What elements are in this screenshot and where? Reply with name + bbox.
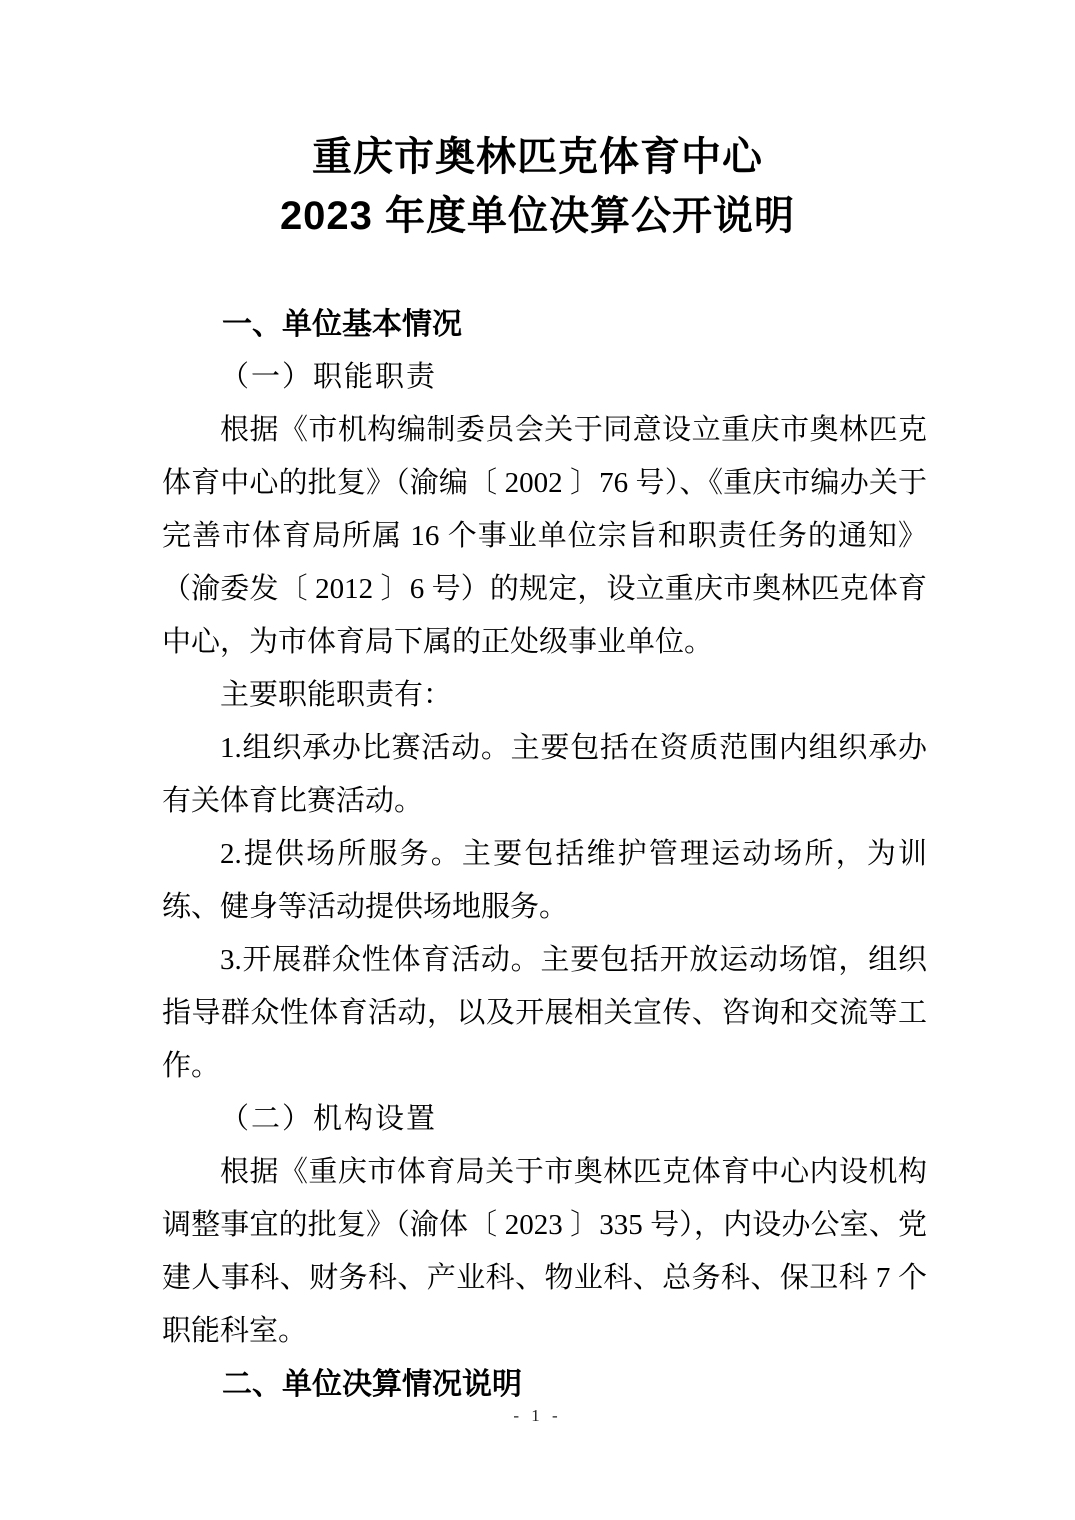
section-2-heading: 二、单位决算情况说明 (162, 1358, 927, 1411)
paragraph-duty-1: 1.组织承办比赛活动。主要包括在资质范围内组织承办有关体育比赛活动。 (162, 722, 927, 828)
paragraph-duty-2: 2.提供场所服务。主要包括维护管理运动场所，为训练、健身等活动提供场地服务。 (162, 828, 927, 934)
section-1-heading: 一、单位基本情况 (162, 298, 927, 351)
subsection-1-1-heading: （一）职能职责 (162, 351, 927, 404)
paragraph-establishment-basis: 根据《市机构编制委员会关于同意设立重庆市奥林匹克体育中心的批复》（渝编〔 200… (162, 404, 927, 669)
document-title: 重庆市奥林匹克体育中心 2023 年度单位决算公开说明 (0, 0, 1075, 246)
document-title-line1: 重庆市奥林匹克体育中心 (0, 128, 1075, 187)
document-title-line2: 2023 年度单位决算公开说明 (0, 187, 1075, 246)
paragraph-org-structure: 根据《重庆市体育局关于市奥林匹克体育中心内设机构调整事宜的批复》（渝体〔 202… (162, 1146, 927, 1358)
paragraph-duties-intro: 主要职能职责有： (162, 669, 927, 722)
subsection-1-2-heading: （二）机构设置 (162, 1093, 927, 1146)
document-body: 一、单位基本情况 （一）职能职责 根据《市机构编制委员会关于同意设立重庆市奥林匹… (162, 298, 927, 1411)
document-page: 重庆市奥林匹克体育中心 2023 年度单位决算公开说明 一、单位基本情况 （一）… (0, 0, 1075, 1520)
paragraph-duty-3: 3.开展群众性体育活动。主要包括开放运动场馆，组织指导群众性体育活动，以及开展相… (162, 934, 927, 1093)
page-number: - 1 - (0, 1406, 1075, 1426)
